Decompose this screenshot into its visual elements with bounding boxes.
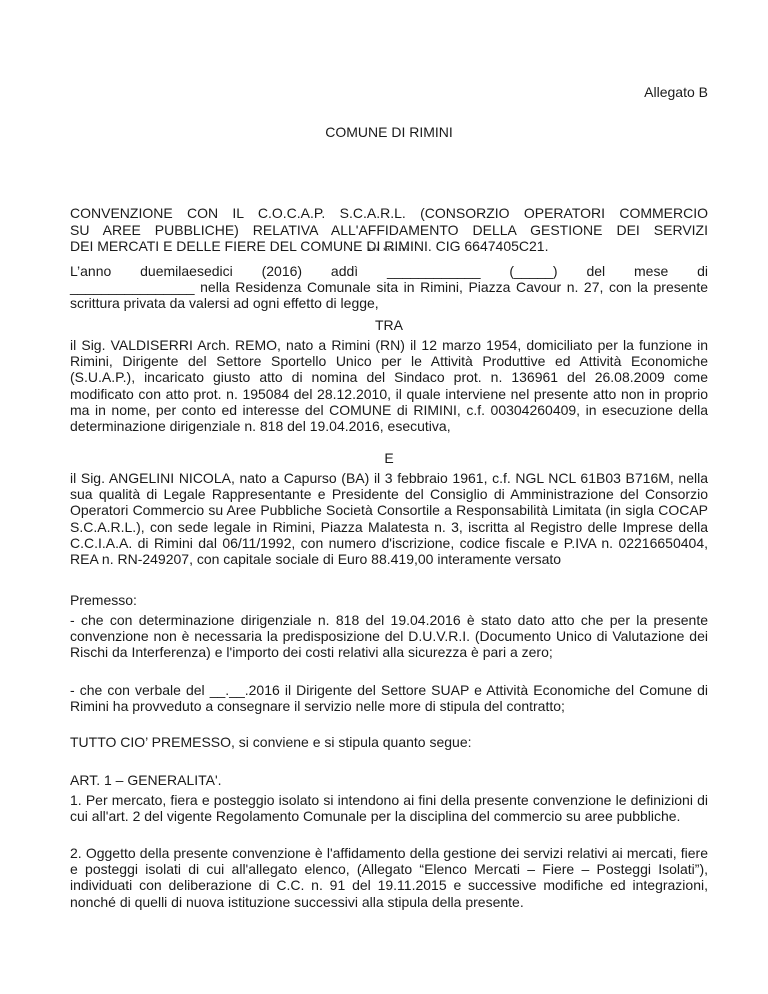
article-1-heading: ART. 1 – GENERALITA'. — [70, 772, 708, 788]
and-label: E — [70, 450, 708, 466]
party-2-paragraph: il Sig. ANGELINI NICOLA, nato a Capurso … — [70, 470, 708, 567]
intro-line-1: L’anno duemilaesedici (2016) addì ______… — [70, 263, 708, 279]
premesso-item: - che con verbale del __.__.2016 il Diri… — [70, 682, 708, 714]
party-1-paragraph: il Sig. VALDISERRI Arch. REMO, nato a Ri… — [70, 337, 708, 434]
between-label: TRA — [70, 317, 708, 333]
municipality-heading: COMUNE DI RIMINI — [70, 124, 708, 140]
article-1-paragraph: 1. Per mercato, fiera e posteggio isolat… — [70, 792, 708, 824]
intro-line-2: ________________ nella Residenza Comunal… — [70, 279, 708, 311]
attachment-label: Allegato B — [644, 84, 708, 100]
title-line: CONVENZIONE CON IL C.O.C.A.P. S.C.A.R.L.… — [70, 205, 708, 222]
intro-paragraph: L’anno duemilaesedici (2016) addì ______… — [70, 263, 708, 312]
premesso-label: Premesso: — [70, 592, 708, 608]
title-line: SU AREE PUBBLICHE) RELATIVA ALL'AFFIDAME… — [70, 222, 708, 239]
separator: *** *** *** — [70, 246, 708, 256]
conclusion-statement: TUTTO CIO’ PREMESSO, si conviene e si st… — [70, 734, 708, 750]
article-1-paragraph: 2. Oggetto della presente convenzione è … — [70, 845, 708, 910]
premesso-item: - che con determinazione dirigenziale n.… — [70, 612, 708, 661]
